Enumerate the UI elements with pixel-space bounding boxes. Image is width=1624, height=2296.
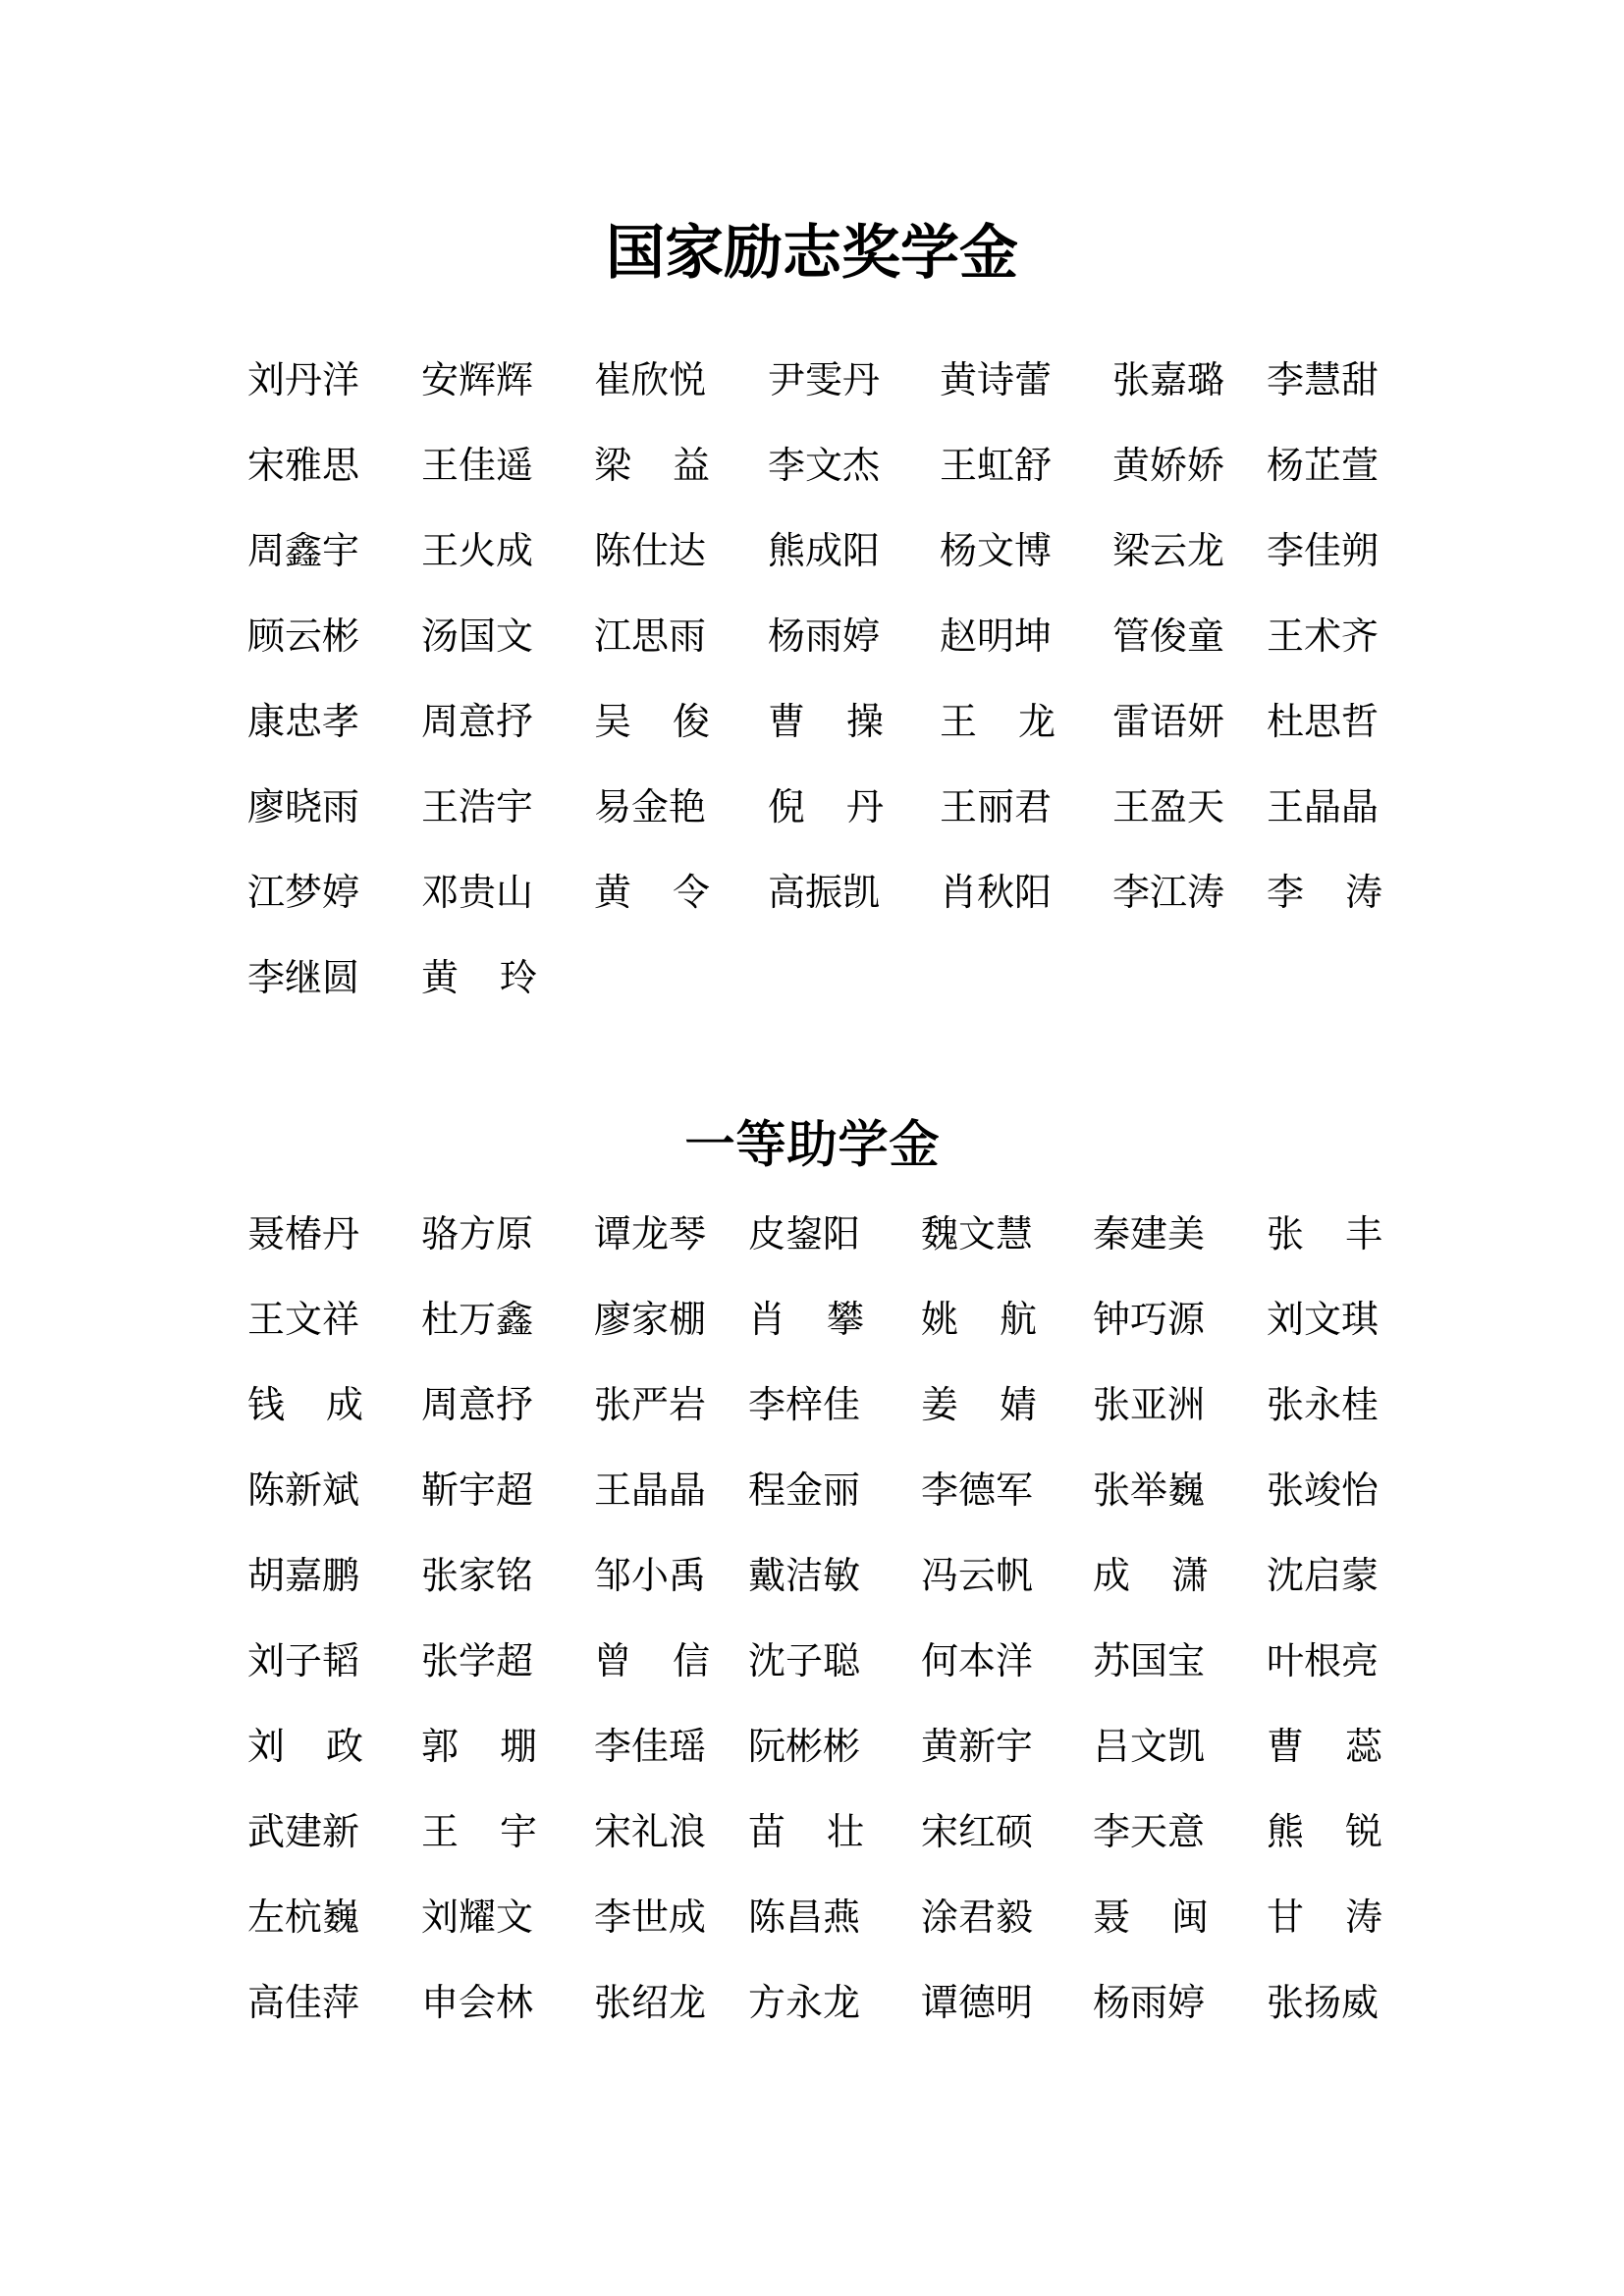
name-entry: 聂闽 <box>1093 1896 1209 1939</box>
name-entry: 苏国宝 <box>1093 1639 1209 1682</box>
name-entry: 李天意 <box>1093 1810 1209 1853</box>
name-entry: 张亚洲 <box>1093 1383 1209 1426</box>
name-entry: 何本洋 <box>921 1639 1037 1682</box>
name-entry: 李德军 <box>921 1468 1037 1512</box>
name-entry: 叶根亮 <box>1267 1639 1382 1682</box>
name-entry: 张举巍 <box>1093 1468 1209 1512</box>
name-entry: 江梦婷 <box>247 871 363 914</box>
name-entry: 杨芷萱 <box>1267 444 1382 487</box>
name-entry: 吕文凯 <box>1093 1725 1209 1768</box>
name-entry: 王盈天 <box>1112 785 1228 828</box>
name-entry: 江思雨 <box>594 614 710 658</box>
name-entry: 王虹舒 <box>940 444 1056 487</box>
name-entry: 钱成 <box>247 1383 363 1426</box>
name-entry: 宋礼浪 <box>594 1810 710 1853</box>
name-entry: 王术齐 <box>1267 614 1382 658</box>
name-entry: 王龙 <box>940 700 1056 743</box>
name-entry: 程金丽 <box>748 1468 864 1512</box>
name-entry: 邓贵山 <box>421 871 537 914</box>
name-entry: 刘文琪 <box>1267 1298 1382 1341</box>
name-entry: 方永龙 <box>748 1981 864 2024</box>
name-entry: 王晶晶 <box>1267 785 1382 828</box>
name-entry: 姜婧 <box>921 1383 1037 1426</box>
name-entry: 张嘉璐 <box>1112 358 1228 401</box>
name-entry: 李继圆 <box>247 956 363 999</box>
name-entry: 李佳瑶 <box>594 1725 710 1768</box>
name-entry: 黄诗蕾 <box>940 358 1056 401</box>
name-entry: 王晶晶 <box>594 1468 710 1512</box>
name-entry: 王文祥 <box>247 1298 363 1341</box>
name-entry: 曹操 <box>768 700 884 743</box>
name-entry: 刘丹洋 <box>247 358 363 401</box>
name-entry: 刘政 <box>247 1725 363 1768</box>
name-entry: 曾信 <box>594 1639 710 1682</box>
name-entry: 高振凯 <box>768 871 884 914</box>
name-entry: 李江涛 <box>1112 871 1228 914</box>
name-entry: 黄令 <box>594 871 710 914</box>
name-entry: 杨雨婷 <box>768 614 884 658</box>
name-entry: 谭德明 <box>921 1981 1037 2024</box>
name-entry: 张绍龙 <box>594 1981 710 2024</box>
name-entry: 张家铭 <box>421 1554 537 1597</box>
name-entry: 冯云帆 <box>921 1554 1037 1597</box>
name-entry: 张扬威 <box>1267 1981 1382 2024</box>
name-entry: 邹小禹 <box>594 1554 710 1597</box>
name-entry: 李文杰 <box>768 444 884 487</box>
name-entry: 安辉辉 <box>421 358 537 401</box>
name-entry: 汤国文 <box>421 614 537 658</box>
name-entry: 张学超 <box>421 1639 537 1682</box>
name-entry: 沈子聪 <box>748 1639 864 1682</box>
name-entry: 管俊童 <box>1112 614 1228 658</box>
name-entry: 黄新宇 <box>921 1725 1037 1768</box>
name-entry: 王丽君 <box>940 785 1056 828</box>
name-entry: 郭堋 <box>421 1725 537 1768</box>
name-entry: 赵明坤 <box>940 614 1056 658</box>
name-entry: 宋雅思 <box>247 444 363 487</box>
name-entry: 成潇 <box>1093 1554 1209 1597</box>
name-entry: 涂君毅 <box>921 1896 1037 1939</box>
name-entry: 周意抒 <box>421 700 537 743</box>
name-entry: 李慧甜 <box>1267 358 1382 401</box>
name-entry: 尹雯丹 <box>768 358 884 401</box>
name-entry: 杜思哲 <box>1267 700 1382 743</box>
name-entry: 高佳萍 <box>247 1981 363 2024</box>
name-entry: 陈昌燕 <box>748 1896 864 1939</box>
name-entry: 杜万鑫 <box>421 1298 537 1341</box>
name-entry: 雷语妍 <box>1112 700 1228 743</box>
name-entry: 廖晓雨 <box>247 785 363 828</box>
name-entry: 廖家棚 <box>594 1298 710 1341</box>
name-entry: 王火成 <box>421 529 537 572</box>
name-entry: 杨文博 <box>940 529 1056 572</box>
name-entry: 刘耀文 <box>421 1896 537 1939</box>
name-entry: 易金艳 <box>594 785 710 828</box>
name-entry: 王浩宇 <box>421 785 537 828</box>
name-entry: 李涛 <box>1267 871 1382 914</box>
name-entry: 梁益 <box>594 444 710 487</box>
name-entry: 武建新 <box>247 1810 363 1853</box>
name-entry: 骆方原 <box>421 1212 537 1255</box>
name-entry: 陈新斌 <box>247 1468 363 1512</box>
name-entry: 倪丹 <box>768 785 884 828</box>
name-entry: 周鑫宇 <box>247 529 363 572</box>
name-entry: 甘涛 <box>1267 1896 1382 1939</box>
name-entry: 申会林 <box>421 1981 537 2024</box>
name-entry: 苗壮 <box>748 1810 864 1853</box>
name-entry: 魏文慧 <box>921 1212 1037 1255</box>
name-entry: 张永桂 <box>1267 1383 1382 1426</box>
name-entry: 熊成阳 <box>768 529 884 572</box>
name-entry: 姚航 <box>921 1298 1037 1341</box>
name-entry: 李佳朔 <box>1267 529 1382 572</box>
name-entry: 阮彬彬 <box>748 1725 864 1768</box>
name-entry: 黄玲 <box>421 956 537 999</box>
name-entry: 王佳遥 <box>421 444 537 487</box>
name-entry: 曹蕊 <box>1267 1725 1382 1768</box>
name-entry: 张严岩 <box>594 1383 710 1426</box>
name-entry: 熊锐 <box>1267 1810 1382 1853</box>
name-entry: 聂椿丹 <box>247 1212 363 1255</box>
name-entry: 李世成 <box>594 1896 710 1939</box>
name-entry: 崔欣悦 <box>594 358 710 401</box>
name-entry: 康忠孝 <box>247 700 363 743</box>
name-entry: 杨雨婷 <box>1093 1981 1209 2024</box>
name-entry: 戴洁敏 <box>748 1554 864 1597</box>
name-entry: 张竣怡 <box>1267 1468 1382 1512</box>
name-entry: 胡嘉鹏 <box>247 1554 363 1597</box>
name-entry: 张丰 <box>1267 1212 1382 1255</box>
section-title-first-class-grant: 一等助学金 <box>0 1114 1624 1177</box>
name-entry: 黄娇娇 <box>1112 444 1228 487</box>
name-entry: 肖攀 <box>748 1298 864 1341</box>
name-entry: 谭龙琴 <box>594 1212 710 1255</box>
name-entry: 刘子韬 <box>247 1639 363 1682</box>
name-entry: 顾云彬 <box>247 614 363 658</box>
name-entry: 陈仕达 <box>594 529 710 572</box>
name-entry: 梁云龙 <box>1112 529 1228 572</box>
name-entry: 李梓佳 <box>748 1383 864 1426</box>
name-entry: 左杭巍 <box>247 1896 363 1939</box>
name-entry: 肖秋阳 <box>940 871 1056 914</box>
name-entry: 皮鋆阳 <box>748 1212 864 1255</box>
name-entry: 钟巧源 <box>1093 1298 1209 1341</box>
name-entry: 靳宇超 <box>421 1468 537 1512</box>
name-entry: 周意抒 <box>421 1383 537 1426</box>
name-entry: 秦建美 <box>1093 1212 1209 1255</box>
name-entry: 王宇 <box>421 1810 537 1853</box>
section-title-national-scholarship: 国家励志奖学金 <box>0 218 1624 289</box>
name-entry: 宋红硕 <box>921 1810 1037 1853</box>
name-entry: 沈启蒙 <box>1267 1554 1382 1597</box>
name-entry: 吴俊 <box>594 700 710 743</box>
